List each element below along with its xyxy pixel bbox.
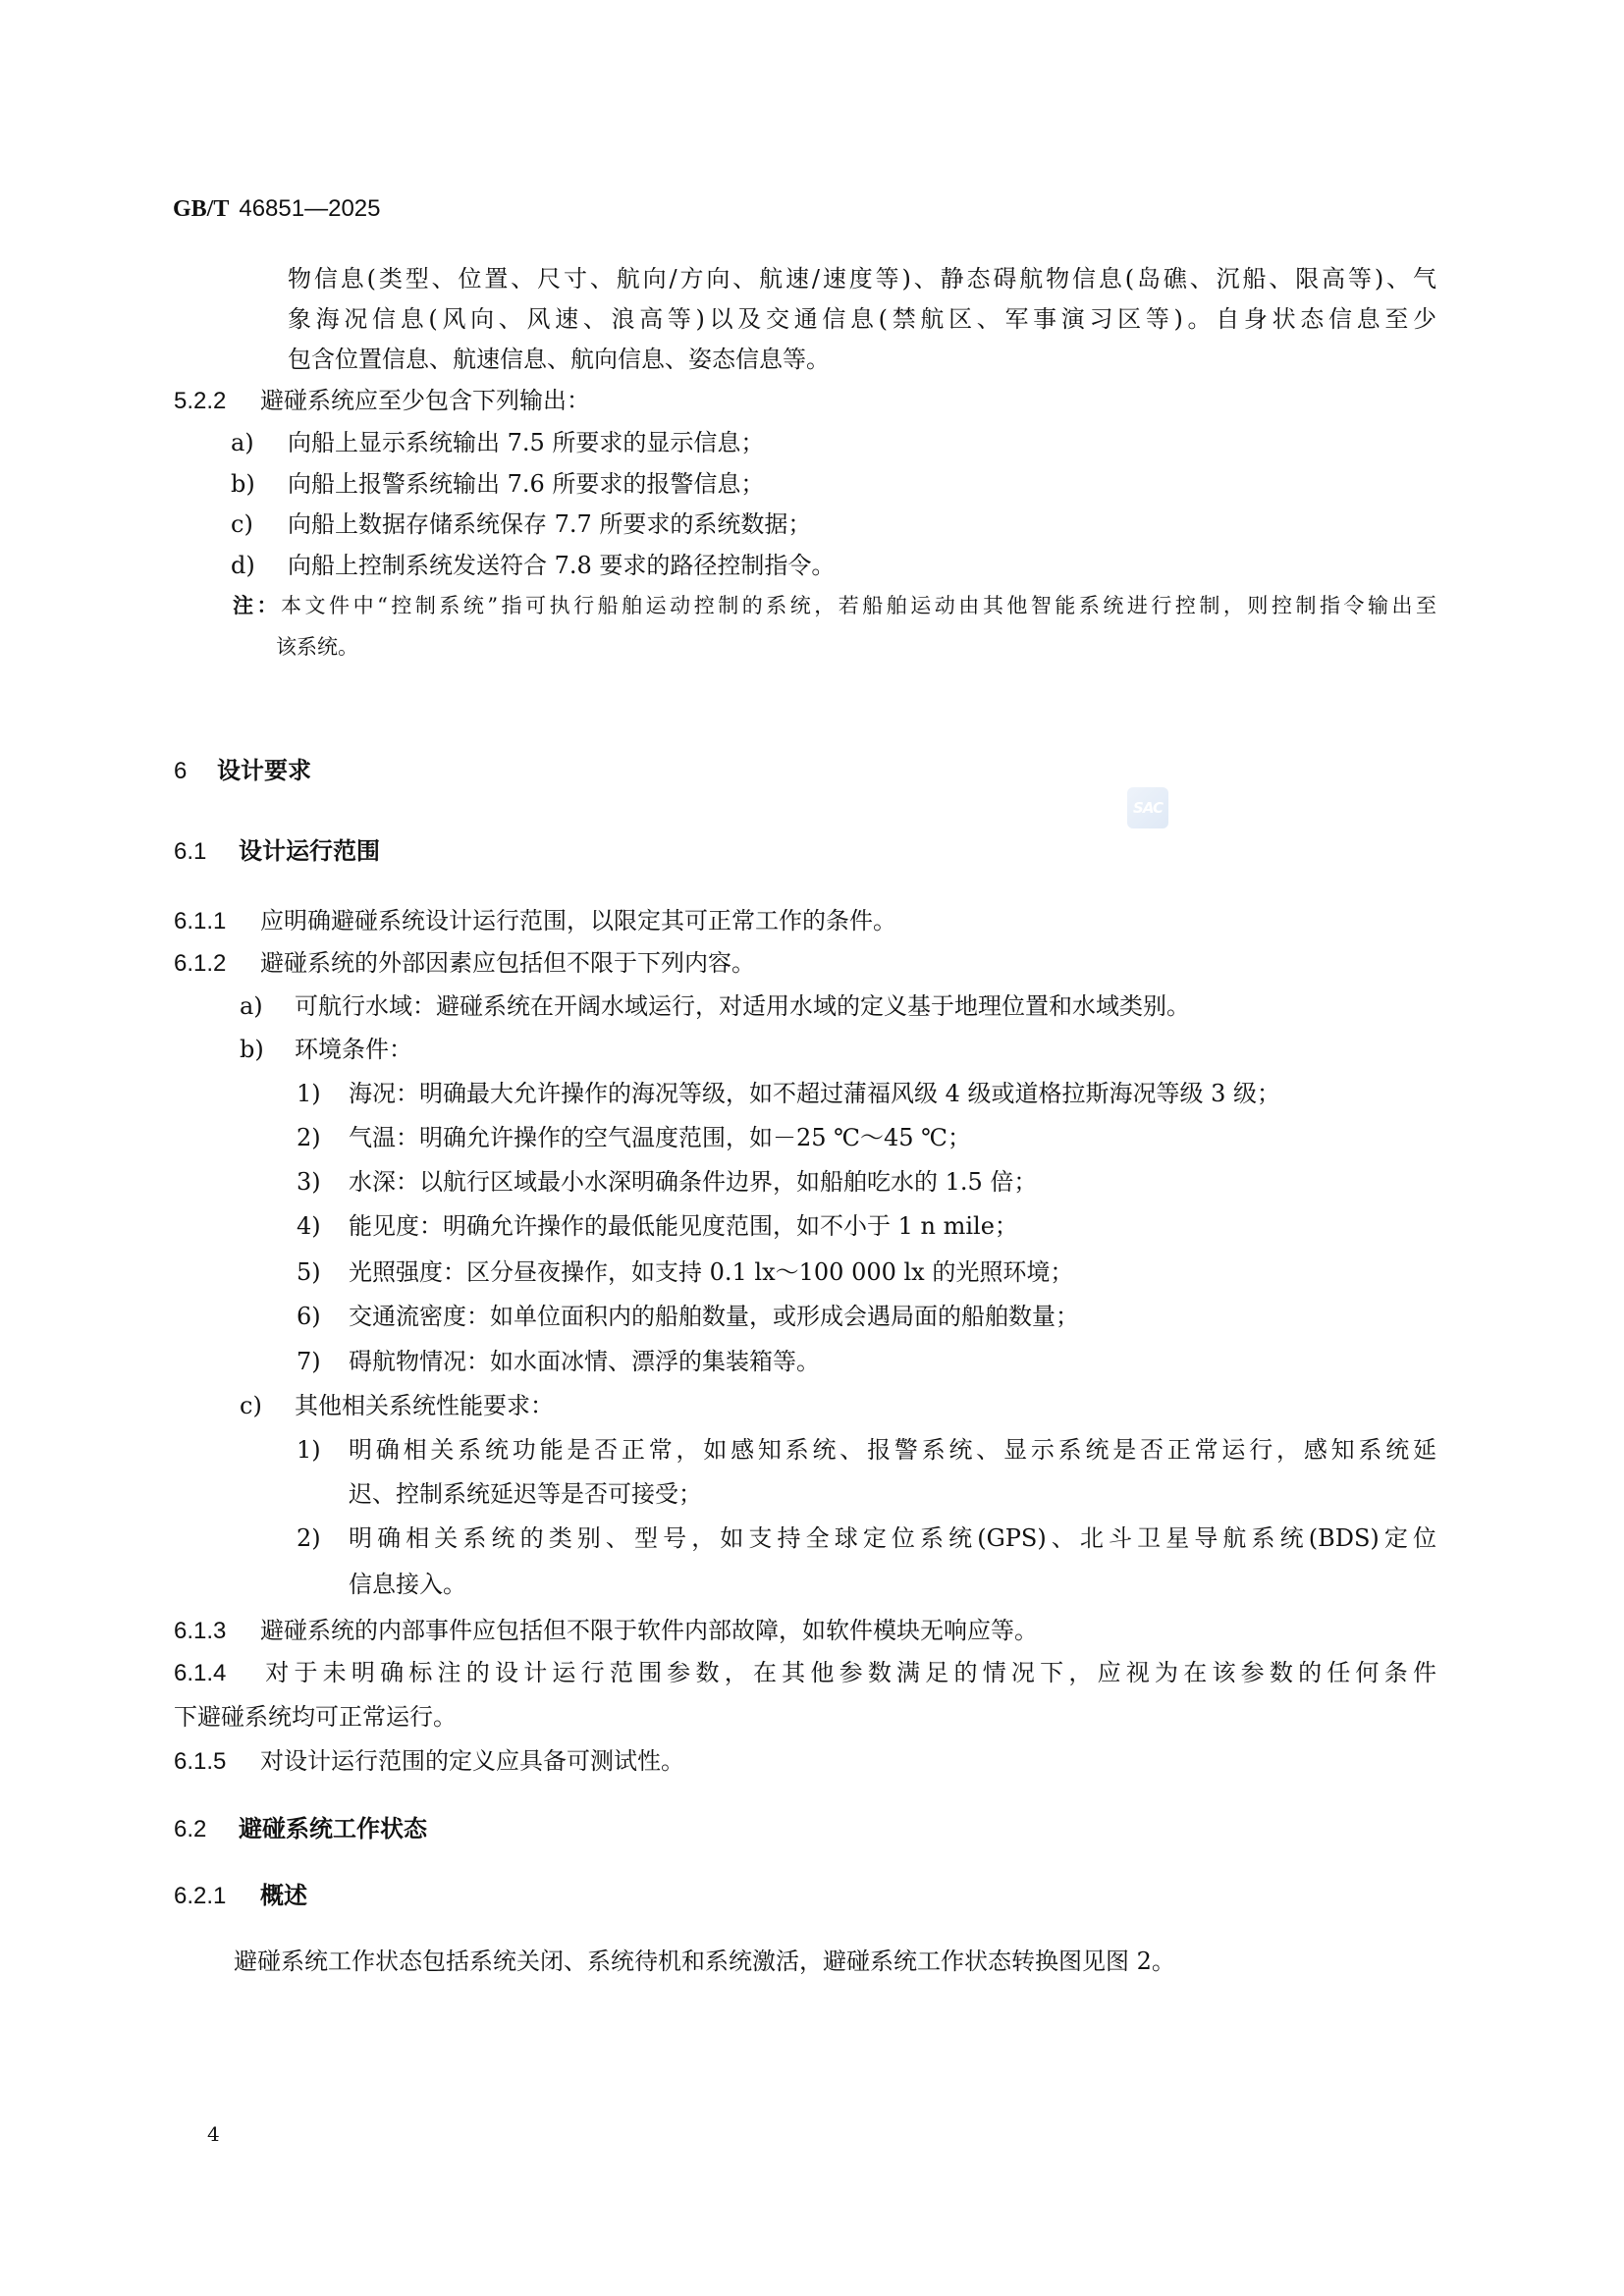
paragraph-line: 物信息(类型、位置、尺寸、航向/方向、航速/速度等)、静态碍航物信息(岛礁、沉船…: [288, 259, 1436, 298]
list-item: a)向船上显示系统输出 7.5 所要求的显示信息；: [231, 423, 764, 462]
sub-list-text: 碍航物情况：如水面冰情、漂浮的集装箱等。: [349, 1348, 820, 1375]
sub-list-text: 明确相关系统的类别、型号，如支持全球定位系统(GPS)、北斗卫星导航系统(BDS…: [349, 1519, 1436, 1558]
sub-list-text-continuation: 信息接入。: [349, 1565, 466, 1604]
sub-list-text: 海况：明确最大允许操作的海况等级，如不超过蒲福风级 4 级或道格拉斯海况等级 3…: [349, 1080, 1280, 1107]
sub-list-marker: 6): [297, 1297, 321, 1336]
list-text: 向船上显示系统输出 7.5 所要求的显示信息；: [288, 429, 764, 456]
list-text: 向船上报警系统输出 7.6 所要求的报警信息；: [288, 470, 764, 498]
list-marker: a): [231, 423, 254, 462]
list-marker: d): [231, 546, 255, 585]
sub-list-marker: 2): [297, 1519, 321, 1558]
sub-list-text: 水深：以航行区域最小水深明确条件边界，如船舶吃水的 1.5 倍；: [349, 1168, 1037, 1196]
list-item: d)向船上控制系统发送符合 7.8 要求的路径控制指令。: [231, 546, 835, 585]
clause-5-2-2: 5.2.2避碰系统应至少包含下列输出：: [174, 381, 590, 420]
list-text: 向船上数据存储系统保存 7.7 所要求的系统数据；: [288, 510, 811, 538]
list-marker: a): [240, 987, 263, 1026]
clause-number: 6.1.3: [174, 1612, 260, 1651]
sub-list-item: 6)交通流密度：如单位面积内的船舶数量，或形成会遇局面的船舶数量；: [297, 1297, 1079, 1336]
sub-list-marker: 4): [297, 1206, 321, 1246]
clause-number: 6.1.1: [174, 902, 260, 941]
standard-prefix: GB/T: [173, 196, 229, 222]
standard-number: 46851—2025: [239, 195, 380, 222]
sub-list-marker: 3): [297, 1162, 321, 1201]
note-continuation: 该系统。: [276, 627, 358, 667]
clause-number: 5.2.2: [174, 382, 260, 421]
list-item: c)向船上数据存储系统保存 7.7 所要求的系统数据；: [231, 505, 811, 544]
sub-list-marker: 5): [297, 1253, 321, 1292]
clause-text: 避碰系统的内部事件应包括但不限于软件内部故障，如软件模块无响应等。: [260, 1617, 1038, 1644]
list-item-b: b)环境条件：: [240, 1030, 412, 1069]
clause-text: 避碰系统应至少包含下列输出：: [260, 387, 590, 414]
list-text: 环境条件：: [295, 1036, 412, 1063]
list-marker: c): [231, 505, 253, 544]
sub-list-text: 能见度：明确允许操作的最低能见度范围，如不小于 1 n mile；: [349, 1212, 1018, 1240]
section-heading-6-1: 6.1设计运行范围: [174, 831, 380, 871]
sub-list-item: 3)水深：以航行区域最小水深明确条件边界，如船舶吃水的 1.5 倍；: [297, 1162, 1037, 1201]
list-marker: b): [231, 464, 255, 504]
paragraph-line: 象海况信息(风向、风速、浪高等)以及交通信息(禁航区、军事演习区等)。自身状态信…: [288, 299, 1436, 339]
section-title: 设计运行范围: [239, 837, 380, 865]
list-item: b)向船上报警系统输出 7.6 所要求的报警信息；: [231, 464, 764, 504]
clause-text: 对于未明确标注的设计运行范围参数，在其他参数满足的情况下，应视为在该参数的任何条…: [260, 1659, 1436, 1686]
paragraph-6-2-1: 避碰系统工作状态包括系统关闭、系统待机和系统激活，避碰系统工作状态转换图见图 2…: [234, 1942, 1175, 1981]
clause-6-1-2: 6.1.2避碰系统的外部因素应包括但不限于下列内容。: [174, 943, 755, 983]
sub-list-marker: 7): [297, 1342, 321, 1381]
section-number: 6: [174, 752, 217, 791]
page-number: 4: [207, 2120, 220, 2148]
note-text: 本文件中“控制系统”指可执行船舶运动控制的系统，若船舶运动由其他智能系统进行控制…: [281, 594, 1436, 617]
list-item-c: c)其他相关系统性能要求：: [240, 1386, 554, 1425]
sub-list-item: 4)能见度：明确允许操作的最低能见度范围，如不小于 1 n mile；: [297, 1206, 1018, 1246]
sub-list-text: 交通流密度：如单位面积内的船舶数量，或形成会遇局面的船舶数量；: [349, 1303, 1079, 1330]
sub-list-text: 明确相关系统功能是否正常，如感知系统、报警系统、显示系统是否正常运行，感知系统延: [349, 1430, 1436, 1469]
clause-text: 避碰系统的外部因素应包括但不限于下列内容。: [260, 949, 755, 977]
document-header: GB/T46851—2025: [173, 189, 381, 229]
clause-text: 对设计运行范围的定义应具备可测试性。: [260, 1747, 684, 1775]
clause-text-continuation: 下避碰系统均可正常运行。: [174, 1697, 457, 1736]
list-text: 其他相关系统性能要求：: [295, 1392, 554, 1419]
note-label: 注：: [233, 594, 281, 617]
list-marker: c): [240, 1386, 262, 1425]
sub-list-text: 气温：明确允许操作的空气温度范围，如－25 ℃～45 ℃；: [349, 1124, 971, 1151]
list-text: 可航行水域：避碰系统在开阔水域运行，对适用水域的定义基于地理位置和水域类别。: [295, 992, 1190, 1020]
paragraph-line: 包含位置信息、航速信息、航向信息、姿态信息等。: [288, 340, 830, 379]
section-heading-6-2: 6.2避碰系统工作状态: [174, 1809, 427, 1848]
section-title: 设计要求: [217, 757, 311, 784]
section-number: 6.1: [174, 832, 239, 872]
sub-list-marker: 1): [297, 1430, 321, 1469]
sub-list-item: 5)光照强度：区分昼夜操作，如支持 0.1 lx～100 000 lx 的光照环…: [297, 1253, 1073, 1292]
sub-list-item: 1)海况：明确最大允许操作的海况等级，如不超过蒲福风级 4 级或道格拉斯海况等级…: [297, 1074, 1280, 1113]
clause-number: 6.1.4: [174, 1654, 260, 1692]
sub-list-item: 2)气温：明确允许操作的空气温度范围，如－25 ℃～45 ℃；: [297, 1118, 971, 1157]
list-text: 向船上控制系统发送符合 7.8 要求的路径控制指令。: [288, 552, 835, 579]
section-title: 概述: [260, 1882, 307, 1909]
clause-number: 6.1.2: [174, 944, 260, 984]
sac-watermark-logo: SAC: [1127, 787, 1168, 828]
section-number: 6.2: [174, 1810, 239, 1849]
sub-list-marker: 2): [297, 1118, 321, 1157]
clause-6-1-3: 6.1.3避碰系统的内部事件应包括但不限于软件内部故障，如软件模块无响应等。: [174, 1611, 1038, 1650]
sub-list-text-continuation: 迟、控制系统延迟等是否可接受；: [349, 1474, 702, 1514]
clause-number: 6.1.5: [174, 1742, 260, 1782]
section-number: 6.2.1: [174, 1877, 260, 1916]
sub-list-item: 7)碍航物情况：如水面冰情、漂浮的集装箱等。: [297, 1342, 820, 1381]
section-heading-6-2-1: 6.2.1概述: [174, 1876, 307, 1915]
clause-text: 应明确避碰系统设计运行范围，以限定其可正常工作的条件。: [260, 907, 896, 934]
clause-6-1-5: 6.1.5对设计运行范围的定义应具备可测试性。: [174, 1741, 684, 1781]
clause-6-1-4: 6.1.4对于未明确标注的设计运行范围参数，在其他参数满足的情况下，应视为在该参…: [174, 1653, 1436, 1692]
sub-list-text: 光照强度：区分昼夜操作，如支持 0.1 lx～100 000 lx 的光照环境；: [349, 1258, 1073, 1286]
clause-6-1-1: 6.1.1应明确避碰系统设计运行范围，以限定其可正常工作的条件。: [174, 901, 896, 940]
section-heading-6: 6设计要求: [174, 751, 311, 790]
list-item-a: a)可航行水域：避碰系统在开阔水域运行，对适用水域的定义基于地理位置和水域类别。: [240, 987, 1190, 1026]
sub-list-marker: 1): [297, 1074, 321, 1113]
note: 注：本文件中“控制系统”指可执行船舶运动控制的系统，若船舶运动由其他智能系统进行…: [233, 586, 1436, 625]
section-title: 避碰系统工作状态: [239, 1815, 427, 1842]
list-marker: b): [240, 1030, 264, 1069]
